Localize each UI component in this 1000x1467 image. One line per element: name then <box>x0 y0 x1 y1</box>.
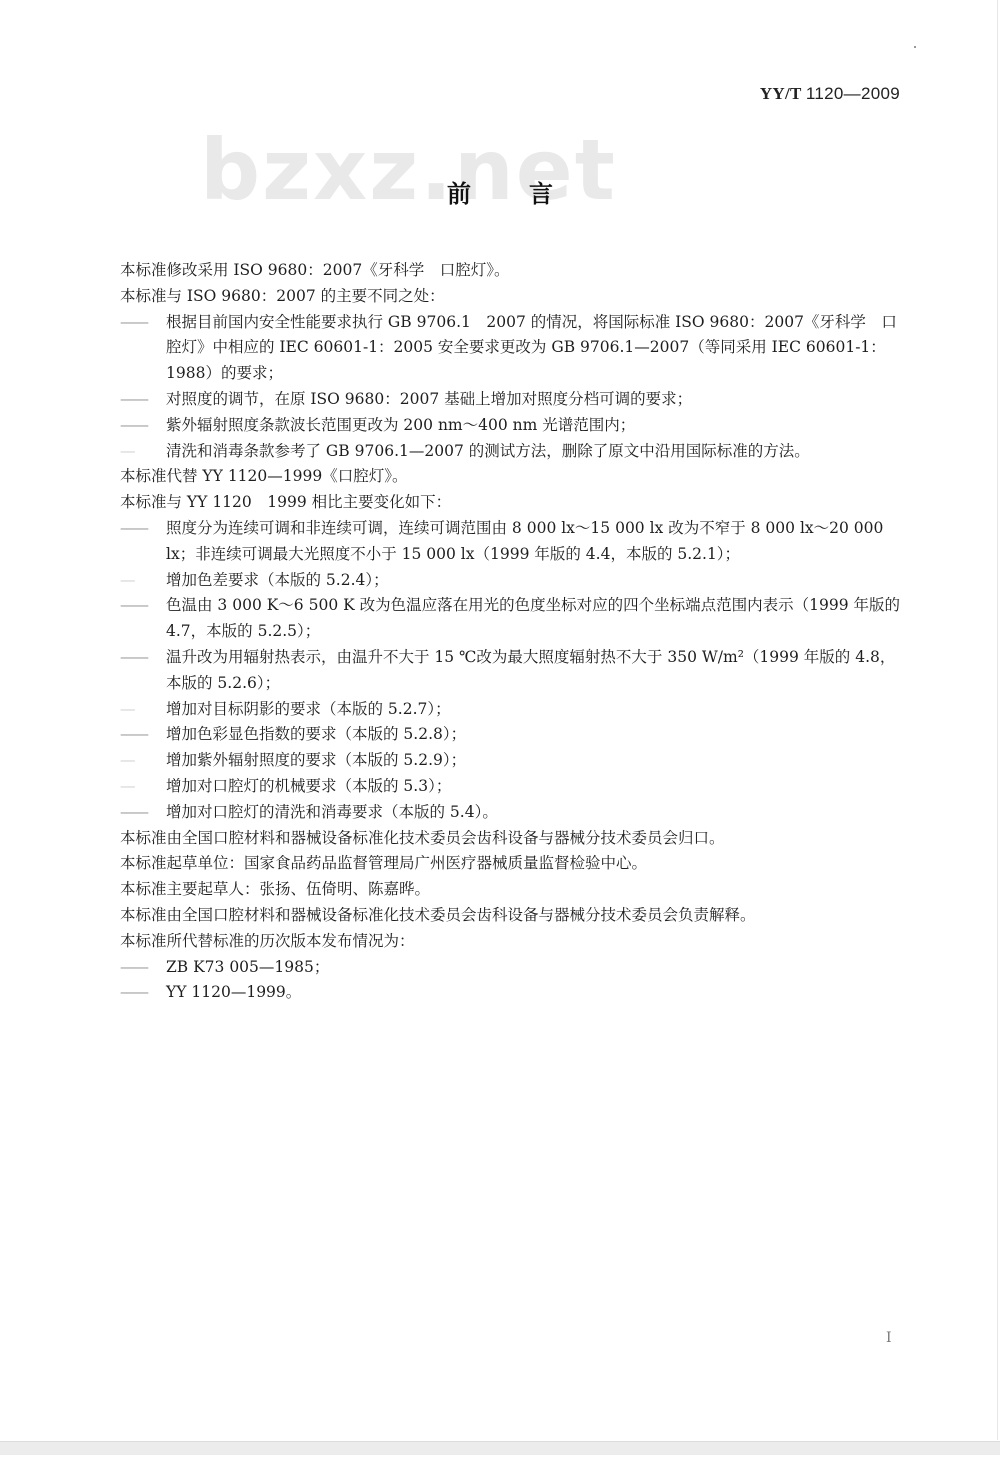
em-dash-bullet: — <box>120 774 166 800</box>
paragraph: 本标准与 YY 1120 1999 相比主要变化如下： <box>120 490 910 516</box>
list-item-text: 增加色彩显色指数的要求（本版的 5.2.8）； <box>166 725 466 743</box>
list-item-text: 增加色差要求（本版的 5.2.4）； <box>166 571 389 589</box>
paragraph: 本标准主要起草人：张扬、伍倚明、陈嘉晔。 <box>120 877 910 903</box>
paragraph: 本标准由全国口腔材料和器械设备标准化技术委员会齿科设备与器械分技术委员会归口。 <box>120 826 910 852</box>
em-dash-bullet: —— <box>120 387 166 413</box>
list-item: ——ZB K73 005—1985； <box>120 955 910 981</box>
list-item-text: 色温由 3 000 K～6 500 K 改为色温应落在用光的色度坐标对应的四个坐… <box>166 596 900 640</box>
page-title: 前言 <box>0 174 1000 209</box>
list-item: —增加紫外辐射照度的要求（本版的 5.2.9）； <box>120 748 910 774</box>
em-dash-bullet: —— <box>120 722 166 748</box>
standard-prefix: YY/T <box>760 84 802 103</box>
em-dash-bullet: —— <box>120 800 166 826</box>
em-dash-bullet: — <box>120 568 166 594</box>
list-item-text: 增加对口腔灯的机械要求（本版的 5.3）； <box>166 777 451 795</box>
paragraph: 本标准由全国口腔材料和器械设备标准化技术委员会齿科设备与器械分技术委员会负责解释… <box>120 903 910 929</box>
list-item-text: ZB K73 005—1985； <box>166 958 329 976</box>
scan-speck <box>914 46 916 48</box>
document-body: 本标准修改采用 ISO 9680：2007《牙科学 口腔灯》。本标准与 ISO … <box>120 258 910 1006</box>
list-item: ——YY 1120—1999。 <box>120 980 910 1006</box>
list-item-text: 增加对目标阴影的要求（本版的 5.2.7）； <box>166 700 451 718</box>
em-dash-bullet: —— <box>120 955 166 981</box>
em-dash-bullet: —— <box>120 980 166 1006</box>
list-item-text: 增加紫外辐射照度的要求（本版的 5.2.9）； <box>166 751 466 769</box>
list-item-text: 照度分为连续可调和非连续可调，连续可调范围由 8 000 lx～15 000 l… <box>166 519 883 563</box>
list-item: ——根据目前国内安全性能要求执行 GB 9706.1 2007 的情况，将国际标… <box>120 310 910 387</box>
standard-number-header: YY/T 1120—2009 <box>760 84 900 104</box>
list-item: ——温升改为用辐射热表示，由温升不大于 15 ℃改为最大照度辐射热不大于 350… <box>120 645 910 697</box>
document-page: YY/T 1120—2009 bzxz.net 前言 本标准修改采用 ISO 9… <box>0 0 1000 1440</box>
paragraph: 本标准修改采用 ISO 9680：2007《牙科学 口腔灯》。 <box>120 258 910 284</box>
paragraph: 本标准所代替标准的历次版本发布情况为： <box>120 929 910 955</box>
list-item: ——紫外辐射照度条款波长范围更改为 200 nm～400 nm 光谱范围内； <box>120 413 910 439</box>
list-item-text: 增加对口腔灯的清洗和消毒要求（本版的 5.4）。 <box>166 803 498 821</box>
em-dash-bullet: — <box>120 697 166 723</box>
list-item: —增加对口腔灯的机械要求（本版的 5.3）； <box>120 774 910 800</box>
list-item-text: 温升改为用辐射热表示，由温升不大于 15 ℃改为最大照度辐射热不大于 350 W… <box>166 648 895 692</box>
list-item: ——色温由 3 000 K～6 500 K 改为色温应落在用光的色度坐标对应的四… <box>120 593 910 645</box>
list-item: —增加对目标阴影的要求（本版的 5.2.7）； <box>120 697 910 723</box>
list-item-text: 根据目前国内安全性能要求执行 GB 9706.1 2007 的情况，将国际标准 … <box>166 313 897 383</box>
list-item-text: 清洗和消毒条款参考了 GB 9706.1—2007 的测试方法，删除了原文中沿用… <box>166 442 810 460</box>
list-item: ——增加色彩显色指数的要求（本版的 5.2.8）； <box>120 722 910 748</box>
list-item: ——对照度的调节，在原 ISO 9680：2007 基础上增加对照度分档可调的要… <box>120 387 910 413</box>
em-dash-bullet: —— <box>120 516 166 542</box>
em-dash-bullet: —— <box>120 310 166 336</box>
list-item-text: YY 1120—1999。 <box>166 983 301 1001</box>
list-item-text: 紫外辐射照度条款波长范围更改为 200 nm～400 nm 光谱范围内； <box>166 416 635 434</box>
list-item: ——照度分为连续可调和非连续可调，连续可调范围由 8 000 lx～15 000… <box>120 516 910 568</box>
list-item: ——增加对口腔灯的清洗和消毒要求（本版的 5.4）。 <box>120 800 910 826</box>
page-number: I <box>886 1330 892 1346</box>
page-edge <box>997 0 998 1440</box>
em-dash-bullet: —— <box>120 593 166 619</box>
standard-code: 1120—2009 <box>806 84 900 103</box>
em-dash-bullet: — <box>120 439 166 465</box>
paragraph: 本标准与 ISO 9680：2007 的主要不同之处： <box>120 284 910 310</box>
list-item: —清洗和消毒条款参考了 GB 9706.1—2007 的测试方法，删除了原文中沿… <box>120 439 910 465</box>
paragraph: 本标准代替 YY 1120—1999《口腔灯》。 <box>120 464 910 490</box>
page-separator-bar <box>0 1441 1000 1456</box>
em-dash-bullet: — <box>120 748 166 774</box>
em-dash-bullet: —— <box>120 413 166 439</box>
em-dash-bullet: —— <box>120 645 166 671</box>
list-item-text: 对照度的调节，在原 ISO 9680：2007 基础上增加对照度分档可调的要求； <box>166 390 692 408</box>
next-page-edge <box>0 1455 1000 1467</box>
paragraph: 本标准起草单位：国家食品药品监督管理局广州医疗器械质量监督检验中心。 <box>120 851 910 877</box>
list-item: —增加色差要求（本版的 5.2.4）； <box>120 568 910 594</box>
